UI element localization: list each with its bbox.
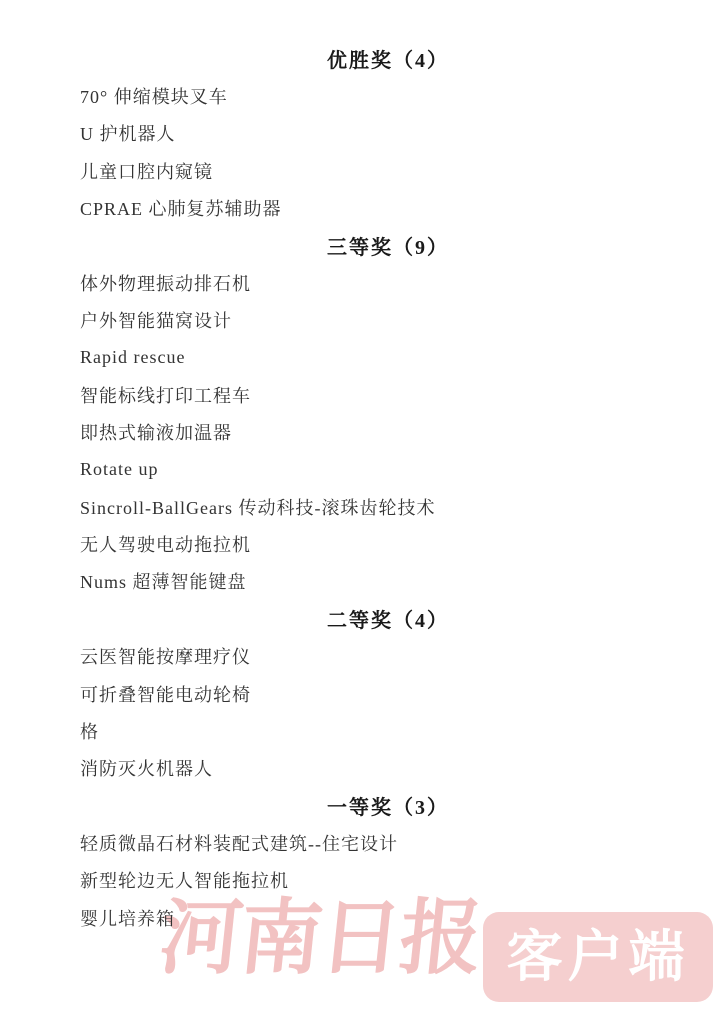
- award-item: 消防灭火机器人: [0, 750, 720, 787]
- award-item: 户外智能猫窝设计: [0, 301, 720, 338]
- section-heading: 二等奖（4）: [56, 600, 720, 637]
- section-heading: 一等奖（3）: [56, 787, 720, 824]
- award-item: 格: [0, 712, 720, 749]
- document-page: 河南日报 客户端 优胜奖（4）70° 伸缩模块叉车U 护机器人儿童口腔内窥镜CP…: [0, 0, 720, 1010]
- award-item: 轻质微晶石材料装配式建筑--住宅设计: [0, 824, 720, 861]
- award-item: Nums 超薄智能键盘: [0, 563, 720, 600]
- award-item: 智能标线打印工程车: [0, 376, 720, 413]
- award-item: Sincroll-BallGears 传动科技-滚珠齿轮技术: [0, 488, 720, 525]
- award-item: 儿童口腔内窥镜: [0, 152, 720, 189]
- award-item: Rapid rescue: [0, 339, 720, 376]
- award-item: U 护机器人: [0, 115, 720, 152]
- award-item: 即热式输液加温器: [0, 413, 720, 450]
- award-item: 70° 伸缩模块叉车: [0, 77, 720, 114]
- award-item: 无人驾驶电动拖拉机: [0, 525, 720, 562]
- award-item: 体外物理振动排石机: [0, 264, 720, 301]
- award-item: 可折叠智能电动轮椅: [0, 675, 720, 712]
- award-item: Rotate up: [0, 451, 720, 488]
- award-list: 优胜奖（4）70° 伸缩模块叉车U 护机器人儿童口腔内窥镜CPRAE 心肺复苏辅…: [0, 40, 720, 936]
- award-item: 婴儿培养箱: [0, 899, 720, 936]
- award-item: 新型轮边无人智能拖拉机: [0, 862, 720, 899]
- award-item: CPRAE 心肺复苏辅助器: [0, 189, 720, 226]
- section-heading: 优胜奖（4）: [56, 40, 720, 77]
- client-badge-label: 客户端: [507, 929, 690, 985]
- award-item: 云医智能按摩理疗仪: [0, 638, 720, 675]
- section-heading: 三等奖（9）: [56, 227, 720, 264]
